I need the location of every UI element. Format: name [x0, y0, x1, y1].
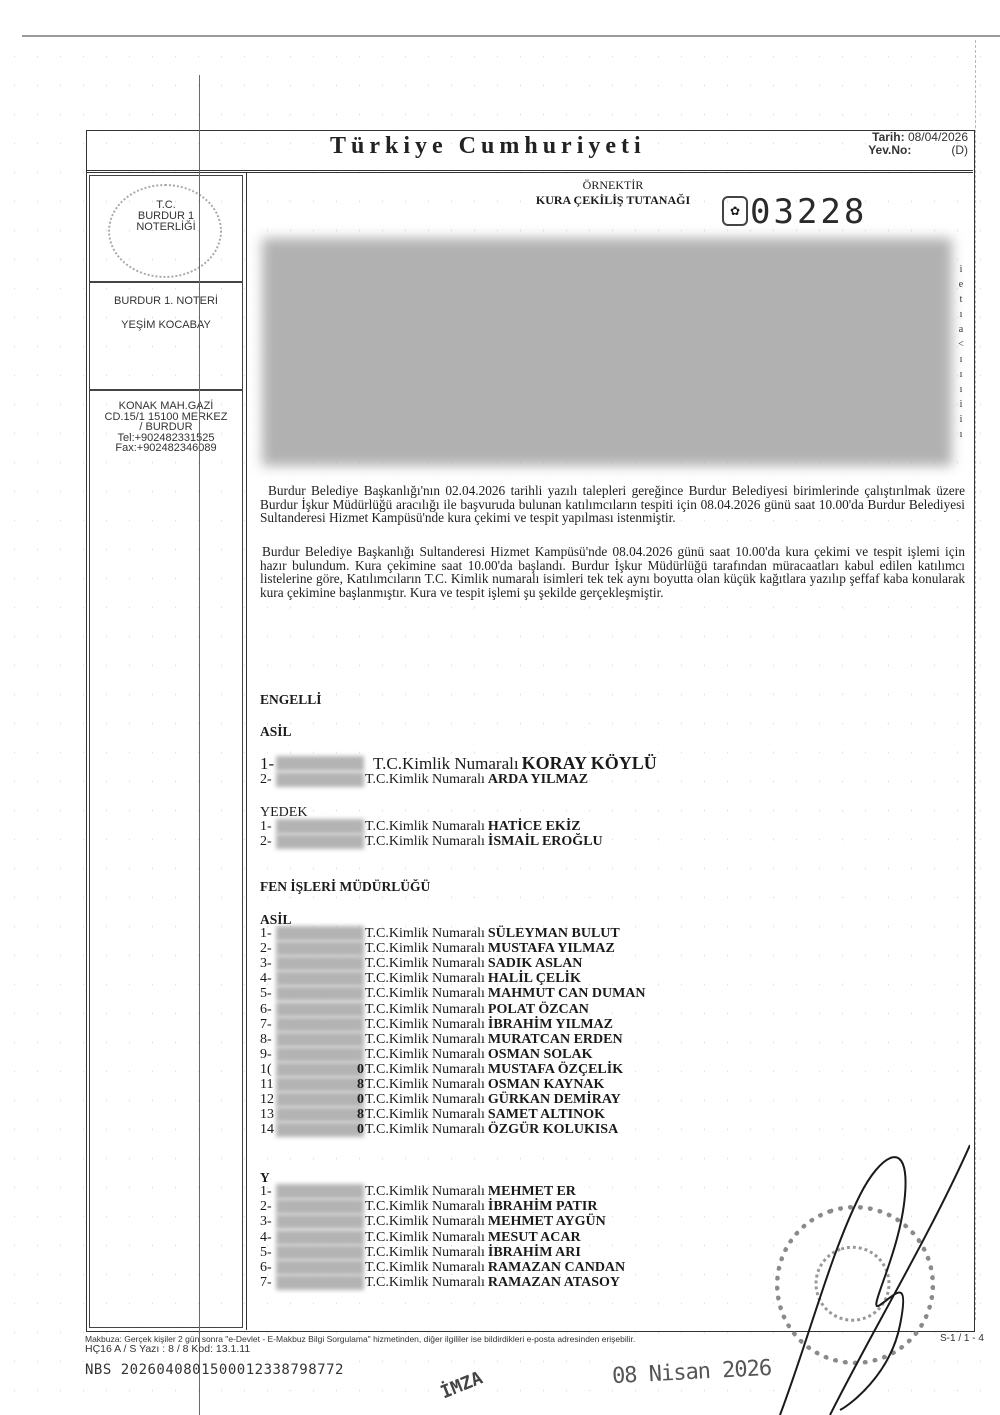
side-letter: a	[956, 322, 966, 337]
table-row: 1-T.C.Kimlik NumaralıSÜLEYMAN BULUT	[260, 926, 274, 941]
document-title: KURA ÇEKİLİŞ TUTANAĞI	[508, 193, 718, 208]
redacted-region	[262, 238, 952, 466]
table-row: 120T.C.Kimlik NumaralıGÜRKAN DEMİRAY	[260, 1092, 274, 1107]
person-name: İBRAHİM ARI	[488, 1245, 581, 1260]
id-label: T.C.Kimlik NumaralıOSMAN KAYNAK	[365, 1077, 604, 1092]
row-number: 8-	[260, 1032, 274, 1047]
person-name: İBRAHİM PATIR	[488, 1199, 598, 1214]
redacted-id	[276, 956, 364, 971]
notary-address-box: KONAK MAH.GAZİ CD.15/1 15100 MERKEZ / BU…	[89, 390, 243, 1328]
section-fen-isleri: FEN İŞLERİ MÜDÜRLÜĞÜ	[260, 879, 430, 895]
page-reference: S-1 / 1 - 4	[940, 1333, 984, 1344]
date-value: 08/04/2026	[908, 130, 968, 144]
person-name: MESUT ACAR	[488, 1230, 581, 1245]
redacted-id	[276, 1002, 364, 1017]
person-name: MURATCAN ERDEN	[488, 1032, 623, 1047]
person-name: SÜLEYMAN BULUT	[488, 926, 620, 941]
table-row: 140T.C.Kimlik NumaralıÖZGÜR KOLUKISA	[260, 1122, 274, 1137]
row-number: 1-	[260, 1184, 274, 1199]
redacted-id	[276, 1122, 364, 1137]
table-row: 2-T.C.Kimlik NumaralıİBRAHİM PATIR	[260, 1199, 274, 1214]
id-suffix: 8	[357, 1107, 364, 1122]
table-row: 4-T.C.Kimlik NumaralıMESUT ACAR	[260, 1230, 274, 1245]
redacted-id	[276, 756, 364, 771]
id-label: T.C.Kimlik NumaralıÖZGÜR KOLUKISA	[365, 1122, 618, 1137]
id-suffix: 0	[357, 1092, 364, 1107]
id-label: T.C.Kimlik NumaralıİBRAHİM ARI	[365, 1245, 581, 1260]
id-suffix: 8	[357, 1077, 364, 1092]
person-name: RAMAZAN CANDAN	[488, 1260, 625, 1275]
person-name: MEHMET AYGÜN	[488, 1214, 606, 1229]
redacted-id	[276, 819, 364, 834]
id-suffix: 0	[357, 1062, 364, 1077]
person-name: GÜRKAN DEMİRAY	[488, 1092, 621, 1107]
redacted-id	[276, 1047, 364, 1062]
redacted-id	[276, 1214, 364, 1229]
row-number: 9-	[260, 1047, 274, 1062]
id-label: T.C.Kimlik NumaralıİBRAHİM PATIR	[365, 1199, 597, 1214]
id-label: T.C.Kimlik NumaralıMURATCAN ERDEN	[365, 1032, 623, 1047]
redacted-id	[276, 1107, 364, 1122]
person-name: ARDA YILMAZ	[488, 772, 588, 787]
table-row: 1-T.C.Kimlik NumaralıMEHMET ER	[260, 1184, 274, 1199]
person-name: MUSTAFA ÖZÇELİK	[488, 1062, 623, 1077]
id-label: T.C.Kimlik NumaralıPOLAT ÖZCAN	[365, 1002, 589, 1017]
address-line: / BURDUR	[90, 422, 242, 433]
id-label: T.C.Kimlik NumaralıMESUT ACAR	[365, 1230, 581, 1245]
paragraph-request: Burdur Belediye Başkanlığı'nın 02.04.202…	[260, 484, 965, 525]
nbs-number: NBS 2026040801500012338798772	[85, 1362, 344, 1378]
row-number: 13	[260, 1107, 274, 1122]
person-name: ÖZGÜR KOLUKISA	[488, 1122, 618, 1137]
redacted-id	[276, 1245, 364, 1260]
person-name: MEHMET ER	[488, 1184, 576, 1199]
id-label: T.C.Kimlik NumaralıHALİL ÇELİK	[365, 971, 581, 986]
row-number: 11	[260, 1077, 274, 1092]
table-row: 7-T.C.Kimlik NumaralıRAMAZAN ATASOY	[260, 1275, 274, 1290]
yevno-label: Yev.No:	[868, 143, 911, 157]
notary-seal-box: T.C. BURDUR 1 NOTERLİĞİ	[89, 175, 243, 282]
id-label: T.C.Kimlik NumaralıSADIK ASLAN	[365, 956, 582, 971]
id-label: T.C.Kimlik NumaralıSAMET ALTINOK	[365, 1107, 605, 1122]
row-number: 2-	[260, 941, 274, 956]
row-number: 7-	[260, 1017, 274, 1032]
table-row: 3-T.C.Kimlik NumaralıMEHMET AYGÜN	[260, 1214, 274, 1229]
row-number: 12	[260, 1092, 274, 1107]
header-title: Türkiye Cumhuriyeti	[330, 133, 646, 160]
id-label: T.C.Kimlik NumaralıARDA YILMAZ	[365, 772, 588, 787]
side-letter: ı	[956, 307, 966, 322]
side-letter: ı	[956, 367, 966, 382]
row-number: 1-	[260, 926, 274, 941]
id-label: T.C.Kimlik NumaralıKORAY KÖYLÜ	[373, 756, 657, 771]
scan-artifact-line	[975, 40, 978, 1320]
person-name: RAMAZAN ATASOY	[488, 1275, 620, 1290]
notary-office: BURDUR 1. NOTERİ	[90, 295, 242, 307]
redacted-id	[276, 986, 364, 1001]
person-name: İSMAİL EROĞLU	[488, 834, 603, 849]
fold-line	[199, 75, 200, 1415]
row-number: 4-	[260, 1230, 274, 1245]
redacted-id	[276, 834, 364, 849]
notary-sidebar: T.C. BURDUR 1 NOTERLİĞİ BURDUR 1. NOTERİ…	[86, 173, 247, 1330]
table-row: 7-T.C.Kimlik NumaralıİBRAHİM YILMAZ	[260, 1017, 274, 1032]
table-row: 4-T.C.Kimlik NumaralıHALİL ÇELİK	[260, 971, 274, 986]
redacted-id	[276, 1184, 364, 1199]
person-name: İBRAHİM YILMAZ	[488, 1017, 613, 1032]
table-row: 1-T.C.Kimlik NumaralıHATİCE EKİZ	[260, 819, 274, 834]
redacted-side-letters: ietıa<ıııiiı	[956, 262, 966, 442]
row-number: 3-	[260, 1214, 274, 1229]
table-row: 9-T.C.Kimlik NumaralıOSMAN SOLAK	[260, 1047, 274, 1062]
person-name: OSMAN KAYNAK	[488, 1077, 605, 1092]
row-number: 3-	[260, 956, 274, 971]
side-letter: ı	[956, 382, 966, 397]
document-code: HÇ16 A / S Yazı : 8 / 8 Kod: 13.1.11	[85, 1343, 250, 1355]
table-row: 6-T.C.Kimlik NumaralıPOLAT ÖZCAN	[260, 1002, 274, 1017]
row-number: 4-	[260, 971, 274, 986]
row-number: 1(	[260, 1062, 274, 1077]
row-number: 5-	[260, 986, 274, 1001]
table-row: 1-T.C.Kimlik NumaralıKORAY KÖYLÜ	[260, 756, 274, 771]
redacted-id	[276, 926, 364, 941]
id-label: T.C.Kimlik NumaralıOSMAN SOLAK	[365, 1047, 593, 1062]
person-name: SAMET ALTINOK	[488, 1107, 605, 1122]
signature-icon	[770, 1135, 970, 1415]
section-engelli: ENGELLİ	[260, 692, 322, 708]
row-number: 2-	[260, 834, 274, 849]
row-number: 2-	[260, 772, 274, 787]
table-row: 3-T.C.Kimlik NumaralıSADIK ASLAN	[260, 956, 274, 971]
row-number: 1-	[260, 756, 274, 771]
subsection-asil: ASİL	[260, 724, 292, 740]
row-number: 5-	[260, 1245, 274, 1260]
date-label: Tarih:	[872, 130, 904, 144]
redacted-id	[276, 1032, 364, 1047]
header-meta: Tarih: 08/04/2026 Yev.No: (D)	[868, 131, 968, 157]
person-name: KORAY KÖYLÜ	[522, 753, 657, 773]
fax: Fax:+902482346089	[90, 443, 242, 454]
serial-number: 03228	[720, 192, 867, 232]
redacted-id	[276, 971, 364, 986]
id-label: T.C.Kimlik NumaralıHATİCE EKİZ	[365, 819, 581, 834]
side-letter: ı	[956, 352, 966, 367]
paragraph-procedure: Burdur Belediye Başkanlığı Sultanderesi …	[260, 545, 965, 599]
yevno-value: (D)	[951, 143, 968, 157]
redacted-id	[276, 941, 364, 956]
seal-line: NOTERLİĞİ	[90, 222, 242, 233]
id-label: T.C.Kimlik NumaralıİBRAHİM YILMAZ	[365, 1017, 613, 1032]
table-row: 1(0T.C.Kimlik NumaralıMUSTAFA ÖZÇELİK	[260, 1062, 274, 1077]
side-letter: i	[956, 397, 966, 412]
notary-name: YEŞİM KOCABAY	[90, 319, 242, 331]
redacted-id	[276, 1275, 364, 1290]
id-label: T.C.Kimlik NumaralıMEHMET AYGÜN	[365, 1214, 606, 1229]
table-row: 2-T.C.Kimlik NumaralıİSMAİL EROĞLU	[260, 834, 274, 849]
table-row: 5-T.C.Kimlik NumaralıMAHMUT CAN DUMAN	[260, 986, 274, 1001]
side-letter: i	[956, 412, 966, 427]
side-letter: t	[956, 292, 966, 307]
side-letter: ı	[956, 427, 966, 442]
row-number: 1-	[260, 819, 274, 834]
id-label: T.C.Kimlik NumaralıİSMAİL EROĞLU	[365, 834, 603, 849]
redacted-id	[276, 1062, 364, 1077]
person-name: MUSTAFA YILMAZ	[488, 941, 615, 956]
table-row: 2-T.C.Kimlik NumaralıMUSTAFA YILMAZ	[260, 941, 274, 956]
id-label: T.C.Kimlik NumaralıGÜRKAN DEMİRAY	[365, 1092, 621, 1107]
table-row: 6-T.C.Kimlik NumaralıRAMAZAN CANDAN	[260, 1260, 274, 1275]
id-label: T.C.Kimlik NumaralıMEHMET ER	[365, 1184, 576, 1199]
id-label: T.C.Kimlik NumaralıRAMAZAN ATASOY	[365, 1275, 620, 1290]
person-name: HALİL ÇELİK	[488, 971, 581, 986]
redacted-id	[276, 1077, 364, 1092]
id-label: T.C.Kimlik NumaralıSÜLEYMAN BULUT	[365, 926, 620, 941]
redacted-id	[276, 1092, 364, 1107]
row-number: 2-	[260, 1199, 274, 1214]
document-title-block: ÖRNEKTİR KURA ÇEKİLİŞ TUTANAĞI	[508, 178, 718, 208]
table-row: 138T.C.Kimlik NumaralıSAMET ALTINOK	[260, 1107, 274, 1122]
row-number: 7-	[260, 1275, 274, 1290]
table-row: 5-T.C.Kimlik NumaralıİBRAHİM ARI	[260, 1245, 274, 1260]
id-label: T.C.Kimlik NumaralıRAMAZAN CANDAN	[365, 1260, 625, 1275]
side-letter: e	[956, 277, 966, 292]
table-row: 2-T.C.Kimlik NumaralıARDA YILMAZ	[260, 772, 274, 787]
person-name: OSMAN SOLAK	[488, 1047, 593, 1062]
redacted-id	[276, 772, 364, 787]
notary-name-box: BURDUR 1. NOTERİ YEŞİM KOCABAY	[89, 282, 243, 390]
table-row: 8-T.C.Kimlik NumaralıMURATCAN ERDEN	[260, 1032, 274, 1047]
redacted-id	[276, 1260, 364, 1275]
row-number: 6-	[260, 1260, 274, 1275]
person-name: SADIK ASLAN	[488, 956, 583, 971]
redacted-id	[276, 1199, 364, 1214]
id-label: T.C.Kimlik NumaralıMAHMUT CAN DUMAN	[365, 986, 646, 1001]
id-label: T.C.Kimlik NumaralıMUSTAFA YILMAZ	[365, 941, 615, 956]
id-suffix: 0	[357, 1122, 364, 1137]
address-line: KONAK MAH.GAZİ	[90, 401, 242, 412]
person-name: POLAT ÖZCAN	[488, 1002, 589, 1017]
row-number: 6-	[260, 1002, 274, 1017]
person-name: HATİCE EKİZ	[488, 819, 581, 834]
side-letter: <	[956, 337, 966, 352]
id-label: T.C.Kimlik NumaralıMUSTAFA ÖZÇELİK	[365, 1062, 623, 1077]
table-row: 118T.C.Kimlik NumaralıOSMAN KAYNAK	[260, 1077, 274, 1092]
row-number: 14	[260, 1122, 274, 1137]
person-name: MAHMUT CAN DUMAN	[488, 986, 646, 1001]
side-letter: i	[956, 262, 966, 277]
redacted-id	[276, 1017, 364, 1032]
document-subtitle: ÖRNEKTİR	[508, 178, 718, 193]
redacted-id	[276, 1230, 364, 1245]
